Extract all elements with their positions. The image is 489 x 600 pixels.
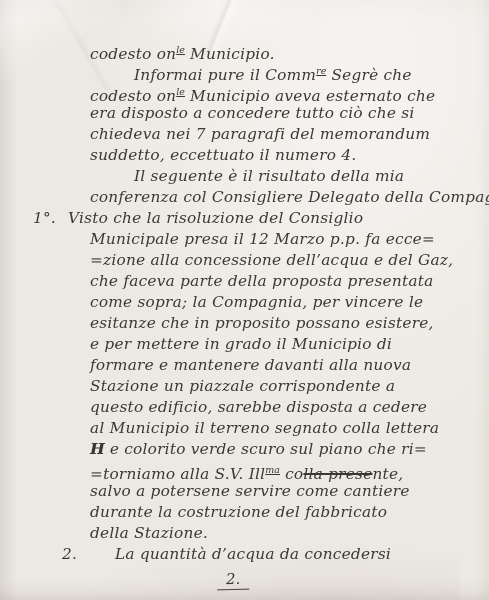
item-marker: 1°.: [33, 208, 68, 229]
item-marker: 2.: [62, 544, 115, 565]
text-line: chiedeva nei 7 paragrafi del memorandum: [90, 124, 483, 145]
text-segment: =zione alla concessione dell’acqua e del…: [90, 251, 453, 269]
text-line: e per mettere in grado il Municipio di: [90, 334, 483, 355]
text-line: salvo a potersene servire come cantiere: [90, 481, 483, 502]
text-line: =zione alla concessione dell’acqua e del…: [90, 250, 483, 271]
text-line: Informai pure il Commre Segrè che: [134, 61, 483, 82]
manuscript-page: codesto onle Municipio.Informai pure il …: [0, 0, 489, 600]
text-line: H e colorito verde scuro sul piano che r…: [90, 439, 483, 460]
text-segment: suddetto, eccettuato il numero 4.: [90, 146, 356, 164]
text-line: che faceva parte della proposta presenta…: [90, 271, 483, 292]
text-line: conferenza col Consigliere Delegato dell…: [90, 187, 483, 208]
text-line: Stazione un piazzale corrispondente a: [90, 376, 483, 397]
text-segment: Municipale presa il 12 Marzo p.p. fa ecc…: [90, 230, 435, 248]
text-line: durante la costruzione del fabbricato: [90, 502, 483, 523]
text-line: questo edificio, sarebbe disposta a cede…: [90, 397, 483, 418]
text-segment: le: [176, 87, 185, 98]
text-segment: della Stazione.: [90, 524, 208, 542]
text-segment: La quantità d’acqua da concedersi: [115, 545, 391, 563]
text-segment: al Municipio il terreno segnato colla le…: [90, 419, 439, 437]
text-line: 2.La quantità d’acqua da concedersi: [62, 544, 483, 565]
text-segment: Il seguente è il risultato della mia: [134, 167, 404, 185]
text-segment: questo edificio, sarebbe disposta a cede…: [90, 398, 427, 416]
text-segment: Visto che la risoluzione del Consiglio: [68, 209, 363, 227]
text-segment: e per mettere in grado il Municipio di: [90, 335, 392, 353]
text-segment: conferenza col Consigliere Delegato dell…: [90, 188, 489, 206]
text-line: =torniamo alla S.V. Illma colla presente…: [90, 460, 483, 481]
text-segment: re: [316, 66, 326, 77]
text-line: codesto onle Municipio.: [90, 40, 483, 61]
text-segment: salvo a potersene servire come cantiere: [90, 482, 410, 500]
text-line: esitanze che in proposito possano esiste…: [90, 313, 483, 334]
text-line: codesto onle Municipio aveva esternato c…: [90, 82, 483, 103]
text-segment: Stazione un piazzale corrispondente a: [90, 377, 395, 395]
text-segment: che faceva parte della proposta presenta…: [90, 272, 434, 290]
text-line: era disposto a concedere tutto ciò che s…: [90, 103, 483, 124]
text-segment: durante la costruzione del fabbricato: [90, 503, 387, 521]
text-segment: formare e mantenere davanti alla nuova: [90, 356, 411, 374]
text-line: formare e mantenere davanti alla nuova: [90, 355, 483, 376]
text-segment: ma: [265, 465, 280, 476]
text-segment: H: [90, 440, 105, 458]
text-segment: chiedeva nei 7 paragrafi del memorandum: [90, 125, 430, 143]
text-segment: come sopra; la Compagnia, per vincere le: [90, 293, 423, 311]
page-footer: 2.: [0, 569, 489, 590]
text-line: come sopra; la Compagnia, per vincere le: [90, 292, 483, 313]
text-segment: esitanze che in proposito possano esiste…: [90, 314, 434, 332]
text-line: 1°.Visto che la risoluzione del Consigli…: [33, 208, 483, 229]
text-line: Il seguente è il risultato della mia: [134, 166, 483, 187]
text-line: suddetto, eccettuato il numero 4.: [90, 145, 483, 166]
page-number: 2.: [217, 570, 250, 591]
text-line: al Municipio il terreno segnato colla le…: [90, 418, 483, 439]
text-line: della Stazione.: [90, 523, 483, 544]
text-segment: le: [176, 45, 185, 56]
text-line: Municipale presa il 12 Marzo p.p. fa ecc…: [90, 229, 483, 250]
document-lines: codesto onle Municipio.Informai pure il …: [90, 40, 483, 565]
text-segment: e colorito verde scuro sul piano che ri=: [105, 440, 427, 458]
text-segment: era disposto a concedere tutto ciò che s…: [90, 104, 414, 122]
